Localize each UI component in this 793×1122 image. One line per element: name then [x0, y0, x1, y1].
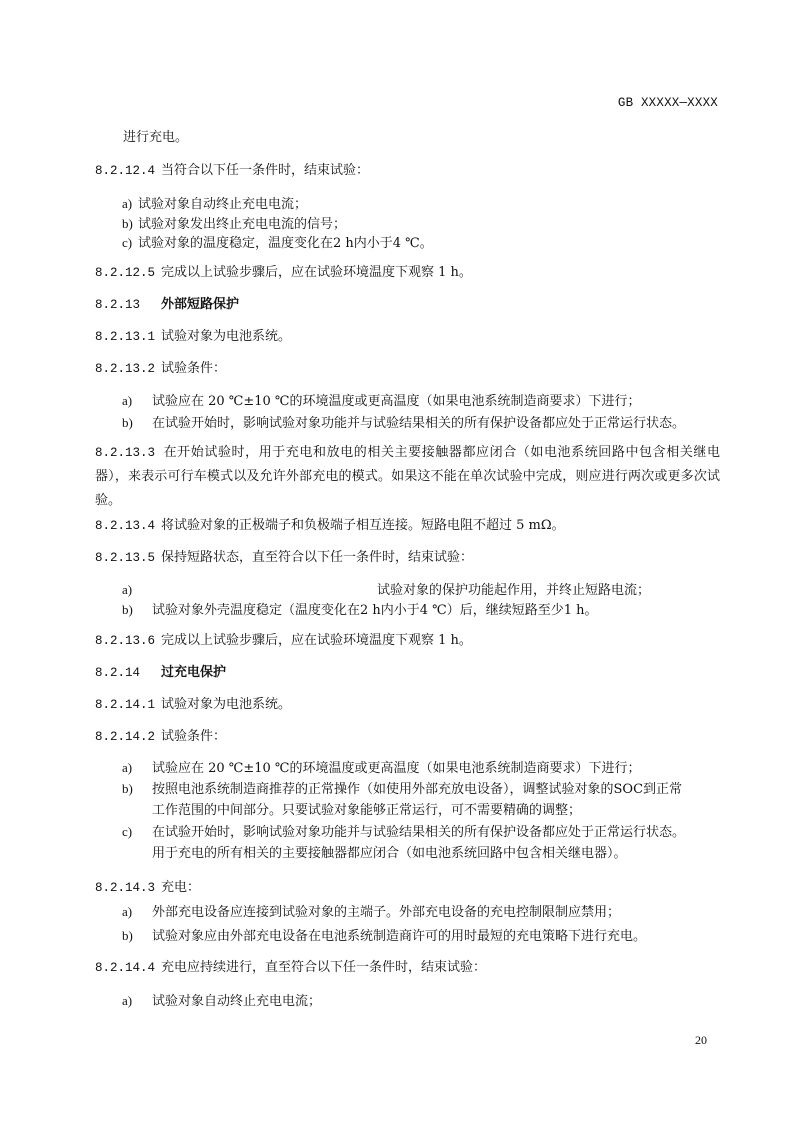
clause-8-2-14-1: 8.2.14.1试验对象为电池系统。 [95, 694, 291, 716]
list-marker: c) [122, 822, 152, 842]
list-item: b)试验对象发出终止充电电流的信号； [122, 214, 346, 235]
clause-text: 充电应持续进行，直至符合以下任一条件时，结束试验： [161, 960, 486, 975]
page-number: 20 [695, 1033, 707, 1048]
section-number: 8.2.13 [95, 294, 161, 316]
clause-text: 试验对象为电池系统。 [161, 697, 291, 712]
list-text: 在试验开始时，影响试验对象功能并与试验结果相关的所有保护设备都应处于正常运行状态… [152, 825, 685, 840]
clause-number: 8.2.13.4 [95, 515, 161, 537]
clause-number: 8.2.13.6 [95, 630, 161, 652]
clause-number: 8.2.14.3 [95, 877, 161, 899]
continued-text: 进行充电。 [123, 127, 188, 149]
list-marker: a) [122, 902, 152, 922]
clause-text: 充电： [161, 880, 200, 895]
clause-8-2-13-1: 8.2.13.1试验对象为电池系统。 [95, 326, 291, 348]
clause-8-2-14-2: 8.2.14.2试验条件： [95, 726, 226, 748]
list-item: c)在试验开始时，影响试验对象功能并与试验结果相关的所有保护设备都应处于正常运行… [122, 822, 685, 843]
clause-text: 试验对象为电池系统。 [161, 329, 291, 344]
list-text: 外部充电设备应连接到试验对象的主端子。外部充电设备的充电控制限制应禁用； [152, 905, 620, 920]
clause-8-2-13-3: 8.2.13.3在开始试验时，用于充电和放电的相关主要接触器都应闭合（如电池系统… [95, 441, 720, 513]
clause-8-2-12-5: 8.2.12.5完成以上试验步骤后，应在试验环境温度下观察 1 h。 [95, 262, 472, 284]
clause-text: 试验条件： [161, 729, 226, 744]
clause-8-2-13-6: 8.2.13.6完成以上试验步骤后，应在试验环境温度下观察 1 h。 [95, 630, 472, 652]
section-8-2-14-heading: 8.2.14过充电保护 [95, 662, 226, 684]
clause-number: 8.2.14.2 [95, 726, 161, 748]
clause-text: 试验条件： [161, 361, 226, 376]
list-item: c)试验对象的温度稳定，温度变化在2 h内小于4 ℃。 [122, 233, 433, 254]
list-marker: a) [122, 758, 152, 778]
clause-number: 8.2.12.5 [95, 262, 161, 284]
list-text: 试验对象自动终止充电电流； [138, 197, 307, 212]
list-item: a)试验对象自动终止充电电流； [122, 991, 321, 1012]
clause-text: 完成以上试验步骤后，应在试验环境温度下观察 1 h。 [161, 265, 472, 280]
list-item: b)试验对象应由外部充电设备在电池系统制造商许可的用时最短的充电策略下进行充电。 [122, 926, 646, 947]
clause-number: 8.2.14.1 [95, 694, 161, 716]
list-text: 试验应在 20 ℃±10 ℃的环境温度或更高温度（如果电池系统制造商要求）下进行… [152, 394, 640, 409]
clause-number: 8.2.13.3 [95, 446, 155, 460]
list-text: 试验对象发出终止充电电流的信号； [138, 217, 346, 232]
clause-8-2-14-4: 8.2.14.4充电应持续进行，直至符合以下任一条件时，结束试验： [95, 957, 486, 979]
list-marker: b) [122, 214, 138, 234]
clause-text: 完成以上试验步骤后，应在试验环境温度下观察 1 h。 [161, 633, 472, 648]
clause-text: 当符合以下任一条件时，结束试验： [161, 163, 369, 178]
list-item: a)试验对象自动终止充电电流； [122, 194, 307, 215]
list-marker: a) [122, 580, 152, 600]
clause-8-2-12-4: 8.2.12.4当符合以下任一条件时，结束试验： [95, 160, 369, 182]
list-marker: b) [122, 926, 152, 946]
section-title: 外部短路保护 [161, 297, 239, 312]
list-item: a)外部充电设备应连接到试验对象的主端子。外部充电设备的充电控制限制应禁用； [122, 902, 620, 923]
list-item-continuation: 工作范围的中间部分。只要试验对象能够正常运行，可不需要精确的调整； [152, 801, 581, 821]
list-text: 试验对象外壳温度稳定（温度变化在2 h内小于4 ℃）后，继续短路至少1 h。 [152, 603, 598, 618]
list-text: 试验对象自动终止充电电流； [152, 994, 321, 1009]
list-text: 在试验开始时，影响试验对象功能并与试验结果相关的所有保护设备都应处于正常运行状态… [152, 416, 685, 431]
clause-8-2-13-4: 8.2.13.4将试验对象的正极端子和负极端子相互连接。短路电阻不超过 5 mΩ… [95, 515, 565, 537]
document-id-header: GB XXXXX—XXXX [618, 96, 718, 110]
clause-number: 8.2.13.2 [95, 358, 161, 380]
clause-8-2-14-3: 8.2.14.3充电： [95, 877, 200, 899]
clause-text: 在开始试验时，用于充电和放电的相关主要接触器都应闭合（如电池系统回路中包含相关继… [95, 445, 720, 508]
section-8-2-13-heading: 8.2.13外部短路保护 [95, 294, 239, 316]
list-item: b)在试验开始时，影响试验对象功能并与试验结果相关的所有保护设备都应处于正常运行… [122, 413, 685, 434]
list-item-continuation: 用于充电的所有相关的主要接触器都应闭合（如电池系统回路中包含相关继电器）。 [152, 844, 627, 864]
list-marker: b) [122, 413, 152, 433]
list-item: b)试验对象外壳温度稳定（温度变化在2 h内小于4 ℃）后，继续短路至少1 h。 [122, 600, 598, 621]
clause-number: 8.2.14.4 [95, 957, 161, 979]
list-item: a)试验对象的保护功能起作用，并终止短路电流； [122, 580, 650, 601]
clause-text: 保持短路状态，直至符合以下任一条件时，结束试验： [161, 550, 473, 565]
section-number: 8.2.14 [95, 662, 161, 684]
clause-8-2-13-2: 8.2.13.2试验条件： [95, 358, 226, 380]
list-marker: b) [122, 600, 152, 620]
list-text: 试验对象的保护功能起作用，并终止短路电流； [377, 583, 650, 598]
list-text: 试验应在 20 ℃±10 ℃的环境温度或更高温度（如果电池系统制造商要求）下进行… [152, 761, 640, 776]
list-item: a)试验应在 20 ℃±10 ℃的环境温度或更高温度（如果电池系统制造商要求）下… [122, 758, 640, 779]
clause-number: 8.2.12.4 [95, 160, 161, 182]
list-item: a)试验应在 20 ℃±10 ℃的环境温度或更高温度（如果电池系统制造商要求）下… [122, 391, 640, 412]
section-title: 过充电保护 [161, 665, 226, 680]
clause-number: 8.2.13.1 [95, 326, 161, 348]
list-item: b)按照电池系统制造商推荐的正常操作（如使用外部充放电设备），调整试验对象的SO… [122, 779, 682, 800]
list-marker: a) [122, 991, 152, 1011]
list-marker: c) [122, 233, 138, 253]
list-text: 按照电池系统制造商推荐的正常操作（如使用外部充放电设备），调整试验对象的SOC到… [152, 782, 682, 797]
list-marker: a) [122, 194, 138, 214]
clause-text: 将试验对象的正极端子和负极端子相互连接。短路电阻不超过 5 mΩ。 [161, 518, 565, 533]
clause-8-2-13-5: 8.2.13.5保持短路状态，直至符合以下任一条件时，结束试验： [95, 547, 473, 569]
list-marker: b) [122, 779, 152, 799]
list-text: 试验对象应由外部充电设备在电池系统制造商许可的用时最短的充电策略下进行充电。 [152, 929, 646, 944]
list-marker: a) [122, 391, 152, 411]
clause-number: 8.2.13.5 [95, 547, 161, 569]
list-text: 试验对象的温度稳定，温度变化在2 h内小于4 ℃。 [138, 236, 433, 251]
